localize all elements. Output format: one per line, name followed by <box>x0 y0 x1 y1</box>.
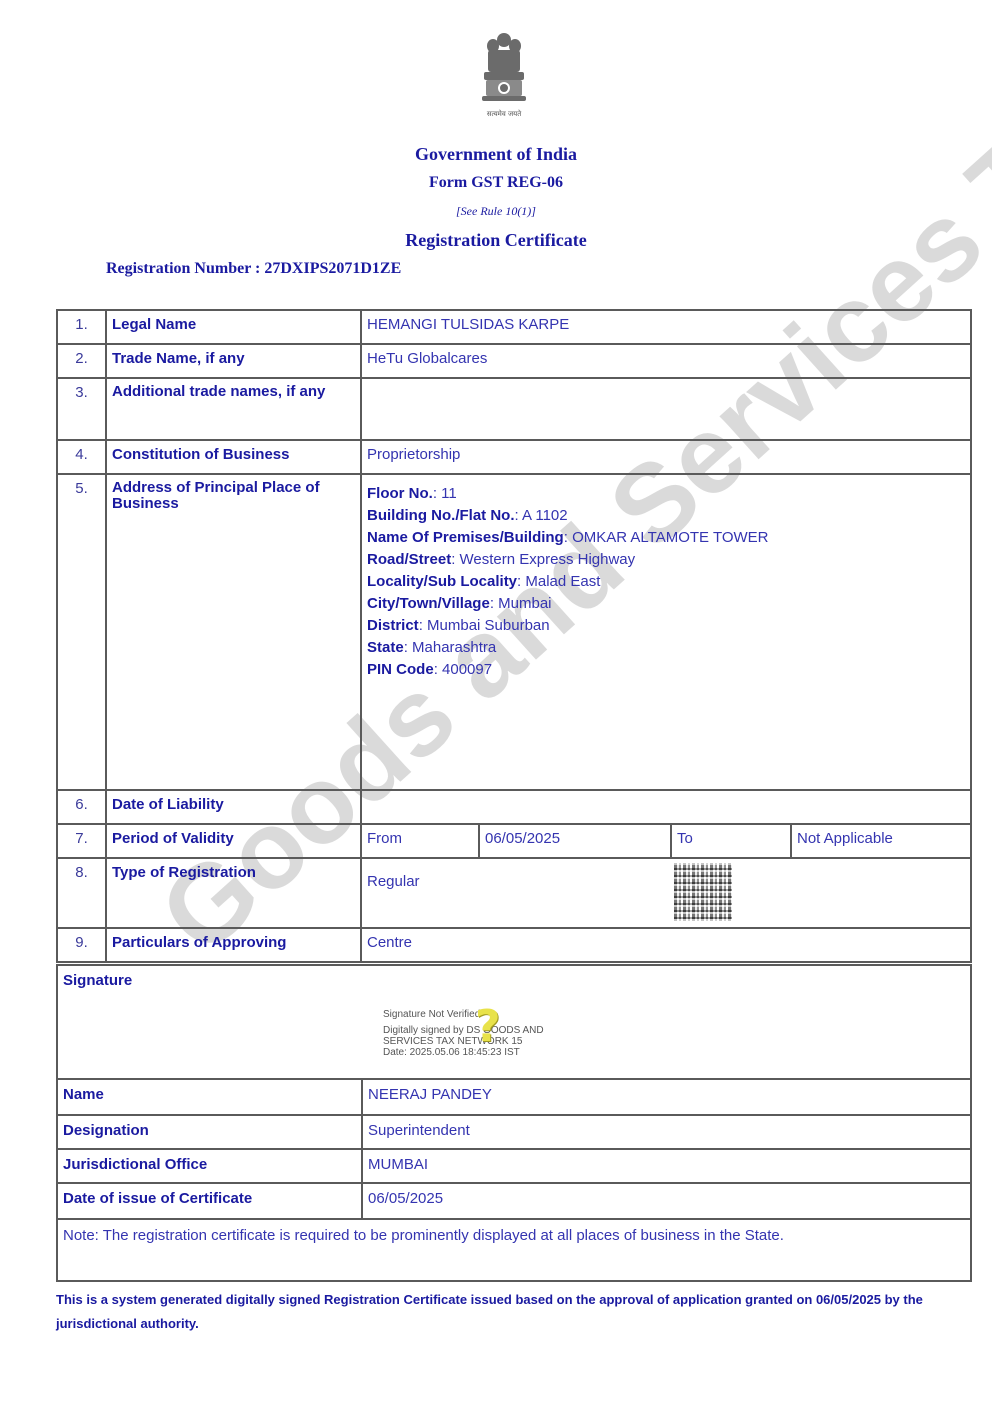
system-generated-footer: This is a system generated digitally sig… <box>56 1288 956 1336</box>
table-row: 1. Legal Name HEMANGI TULSIDAS KARPE <box>57 310 971 344</box>
address-line: PIN Code: 400097 <box>367 659 965 681</box>
table-row: 7. Period of Validity From 06/05/2025 To… <box>57 824 971 858</box>
address-line: City/Town/Village: Mumbai <box>367 593 965 615</box>
date-of-issue: 06/05/2025 <box>362 1183 971 1219</box>
digital-signature: Signature Not Verified Digitally signed … <box>383 1009 965 1058</box>
table-row: Name NEERAJ PANDEY <box>57 1079 971 1115</box>
question-mark-icon: ? <box>475 1005 501 1049</box>
officer-name: NEERAJ PANDEY <box>362 1079 971 1115</box>
signature-row: Signature Signature Not Verified Digital… <box>57 965 971 1079</box>
address-line: Building No./Flat No.: A 1102 <box>367 505 965 527</box>
rule-reference: [See Rule 10(1)] <box>0 204 992 219</box>
table-row: Jurisdictional Office MUMBAI <box>57 1149 971 1183</box>
table-row: 9. Particulars of Approving Centre <box>57 928 971 962</box>
svg-text:सत्यमेव जयते: सत्यमेव जयते <box>487 109 522 118</box>
constitution-of-business: Proprietorship <box>361 440 971 474</box>
address-line: District: Mumbai Suburban <box>367 615 965 637</box>
address-line: State: Maharashtra <box>367 637 965 659</box>
validity-from: 06/05/2025 <box>479 824 671 858</box>
table-row: 8. Type of Registration Regular <box>57 858 971 928</box>
table-row: Date of issue of Certificate 06/05/2025 <box>57 1183 971 1219</box>
form-title: Form GST REG-06 <box>0 174 992 192</box>
trade-name: HeTu Globalcares <box>361 344 971 378</box>
table-row: 3. Additional trade names, if any <box>57 378 971 440</box>
registration-details-table: 1. Legal Name HEMANGI TULSIDAS KARPE 2. … <box>56 309 972 963</box>
principal-place-address: Floor No.: 11Building No./Flat No.: A 11… <box>361 474 971 790</box>
qr-code-icon <box>674 863 732 921</box>
validity-to: Not Applicable <box>791 824 971 858</box>
address-line: Locality/Sub Locality: Malad East <box>367 571 965 593</box>
registration-number: Registration Number : 27DXIPS2071D1ZE <box>106 260 401 278</box>
registration-type: Regular <box>367 873 420 890</box>
legal-name: HEMANGI TULSIDAS KARPE <box>361 310 971 344</box>
date-of-liability <box>361 790 971 824</box>
table-row: 6. Date of Liability <box>57 790 971 824</box>
note-row: Note: The registration certificate is re… <box>57 1219 971 1281</box>
jurisdictional-office: MUMBAI <box>362 1149 971 1183</box>
note: Note: The registration certificate is re… <box>57 1219 971 1281</box>
certificate-title: Registration Certificate <box>0 230 992 251</box>
table-row: Designation Superintendent <box>57 1115 971 1149</box>
national-emblem-icon: सत्यमेव जयते <box>476 30 532 122</box>
approving-authority: Centre <box>361 928 971 962</box>
table-row: 2. Trade Name, if any HeTu Globalcares <box>57 344 971 378</box>
table-row: 4. Constitution of Business Proprietorsh… <box>57 440 971 474</box>
government-title: Government of India <box>0 144 992 165</box>
registration-number-value: 27DXIPS2071D1ZE <box>264 260 401 277</box>
officer-details-table: Signature Signature Not Verified Digital… <box>56 964 972 1282</box>
signature-label: Signature <box>63 971 965 991</box>
address-line: Name Of Premises/Building: OMKAR ALTAMOT… <box>367 527 965 549</box>
table-row: 5. Address of Principal Place of Busines… <box>57 474 971 790</box>
address-line: Road/Street: Western Express Highway <box>367 549 965 571</box>
officer-designation: Superintendent <box>362 1115 971 1149</box>
additional-trade-names <box>361 378 971 440</box>
address-line: Floor No.: 11 <box>367 483 965 505</box>
